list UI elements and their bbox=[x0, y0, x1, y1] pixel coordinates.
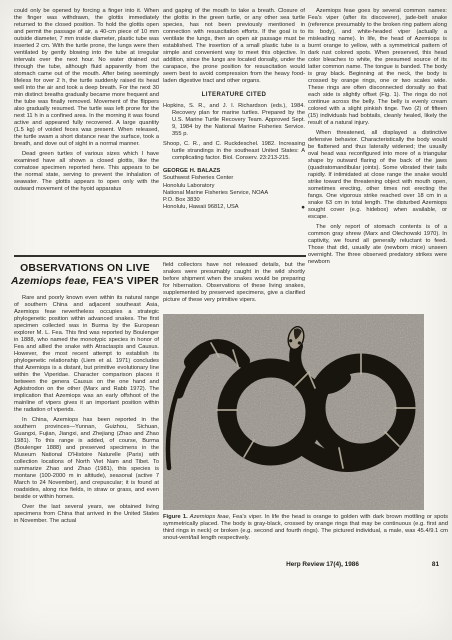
figure-1-caption: Figure 1. Azemiops feae, Fea's viper. In… bbox=[163, 514, 448, 542]
article1-paragraph: could only be opened by forcing a finger… bbox=[14, 8, 159, 148]
article2-paragraph: When threatened, all displayed a distinc… bbox=[308, 130, 447, 221]
section-divider-rule bbox=[14, 255, 306, 257]
article1-paragraph: and gaping of the mouth to take a breath… bbox=[163, 8, 305, 85]
article2-title-line1: OBSERVATIONS ON LIVE bbox=[8, 263, 162, 276]
author-affiliation: Southwest Fisheries Center bbox=[163, 175, 305, 182]
article2-paragraph: In China, Azemiops has been reported in … bbox=[14, 417, 159, 501]
article2-paragraph: Azemiops feae goes by several common nam… bbox=[308, 8, 447, 127]
article2-paragraph: Over the last several years, we obtained… bbox=[14, 504, 159, 525]
figure-1 bbox=[163, 314, 424, 510]
species-name-italic: Azemiops feae, bbox=[11, 276, 89, 287]
azemiops-snake-photo bbox=[163, 314, 424, 510]
article-end-bullet: ● bbox=[301, 204, 305, 211]
article2-left-column: Rare and poorly known even within its na… bbox=[14, 295, 159, 525]
figure-caption-label: Figure 1. bbox=[163, 514, 188, 520]
article2-paragraph: field collectors have not released detai… bbox=[163, 262, 305, 304]
article1-left-column: could only be opened by forcing a finger… bbox=[14, 8, 159, 193]
journal-page: could only be opened by forcing a finger… bbox=[0, 0, 452, 640]
author-address: P.O. Box 3830 bbox=[163, 197, 305, 204]
article1-paragraph: Dead green turtles of various sizes whic… bbox=[14, 151, 159, 193]
footer-page-number: 81 bbox=[432, 561, 439, 568]
author-affiliation: Honolulu Laboratory bbox=[163, 183, 305, 190]
article2-right-column: Azemiops feae goes by several common nam… bbox=[308, 8, 447, 266]
literature-cited-heading: LITERATURE CITED bbox=[163, 91, 305, 98]
article2-paragraph: Rare and poorly known even within its na… bbox=[14, 295, 159, 414]
author-block: GEORGE H. BALAZS Southwest Fisheries Cen… bbox=[163, 168, 305, 212]
author-affiliation: National Marine Fisheries Service, NOAA bbox=[163, 190, 305, 197]
author-name: GEORGE H. BALAZS bbox=[163, 168, 305, 175]
reference-entry: Shoop, C. R., and C. Ruckdeschel. 1982. … bbox=[163, 141, 305, 162]
reference-entry: Hopkins, S. R., and J. I. Richardson (ed… bbox=[163, 103, 305, 138]
figure-caption-species: Azemiops feae, bbox=[188, 514, 231, 520]
author-address: ● Honolulu, Hawaii 96812, USA bbox=[163, 204, 305, 211]
article2-middle-column: field collectors have not released detai… bbox=[163, 262, 305, 304]
article2-paragraph: The only report of stomach contents is o… bbox=[308, 224, 447, 266]
article2-title-line2: Azemiops feae, FEA'S VIPER bbox=[8, 276, 162, 289]
article2-title: OBSERVATIONS ON LIVE Azemiops feae, FEA'… bbox=[8, 263, 162, 288]
footer-journal-citation: Herp Review 17(4), 1986 bbox=[200, 561, 445, 568]
article1-middle-column: and gaping of the mouth to take a breath… bbox=[163, 8, 305, 212]
